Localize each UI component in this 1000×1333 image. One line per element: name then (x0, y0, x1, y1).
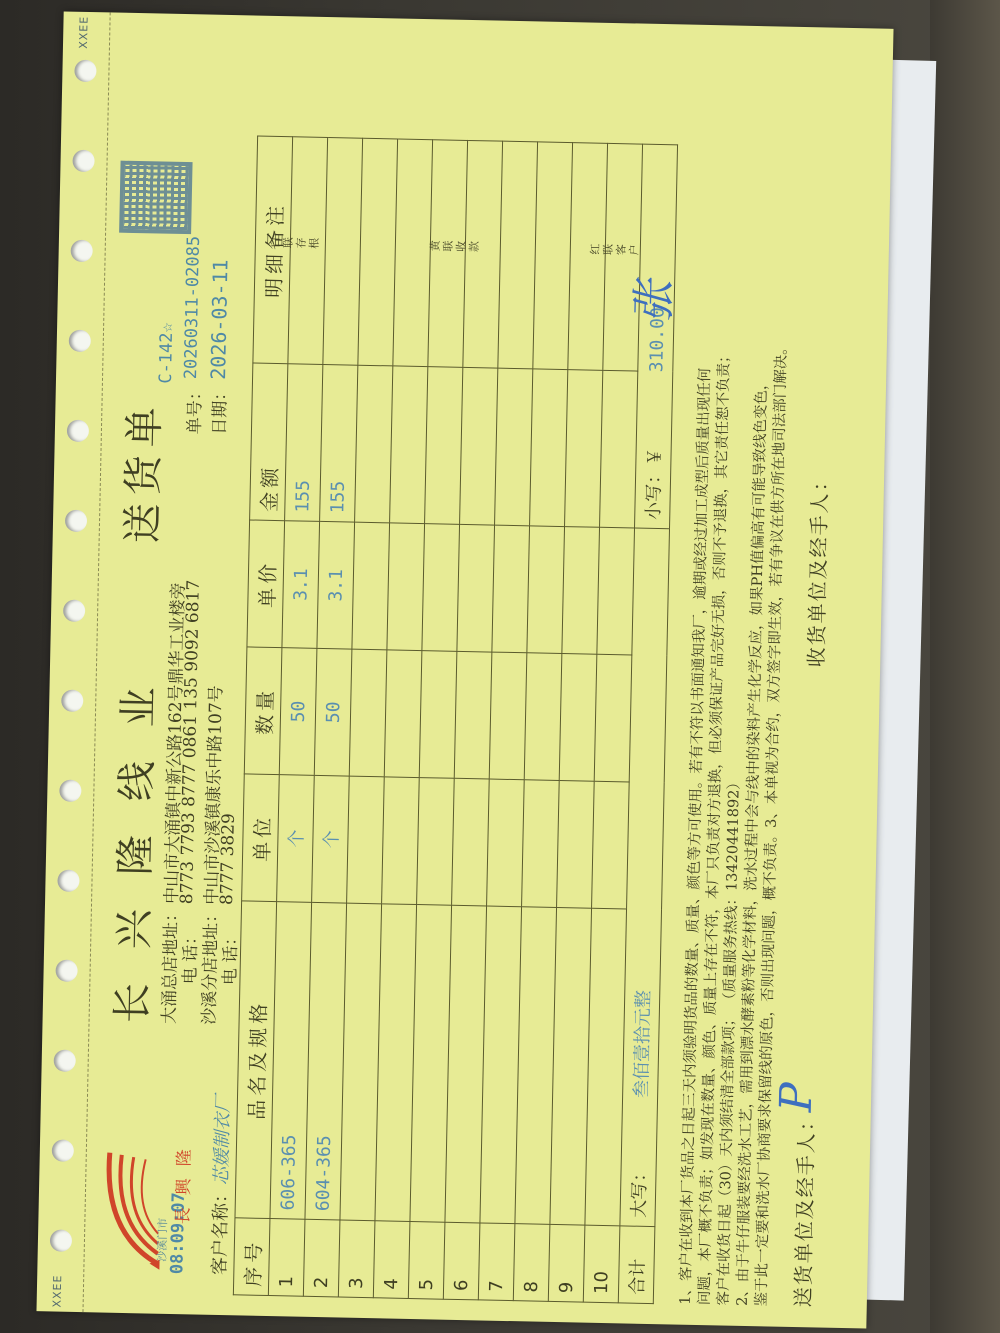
col-seq: 序号 (233, 1218, 270, 1296)
row-unit (557, 780, 595, 908)
row-price (492, 525, 530, 653)
punch-hole (65, 510, 87, 532)
row-note (533, 142, 573, 370)
row-seq: 9 (548, 1224, 585, 1302)
doc-no: 20260311-02085 (181, 236, 204, 380)
edge-code: XXEE (77, 16, 91, 49)
row-qty (594, 654, 632, 782)
row-price (352, 522, 390, 650)
punch-hole (54, 1049, 76, 1071)
total-in-figures: 小写：￥ 310.00 (635, 144, 678, 529)
date-label: 日期： (205, 384, 231, 436)
row-amount (425, 367, 463, 525)
row-unit (522, 780, 560, 908)
row-price (562, 527, 600, 655)
col-unit: 单位 (242, 774, 280, 902)
handwritten-signature: 张 (617, 279, 682, 324)
row-note (288, 137, 328, 365)
row-note (393, 139, 433, 367)
row-seq: 6 (443, 1222, 480, 1300)
row-unit: 个 (312, 775, 350, 903)
doc-no-label: 单号： (180, 383, 206, 435)
row-qty: 50 (279, 648, 317, 776)
punch-hole (67, 420, 89, 442)
row-price: 3.1 (317, 521, 355, 649)
col-amount: 金额 (250, 363, 288, 521)
row-price (387, 523, 425, 651)
background-surface (930, 0, 1000, 1333)
row-note (568, 143, 608, 371)
row-note (603, 143, 643, 371)
row-seq: 3 (338, 1220, 375, 1298)
col-note: 明细备注 (253, 136, 293, 364)
punch-hole (57, 870, 79, 892)
row-amount (565, 370, 603, 528)
punch-hole (70, 240, 92, 262)
words-label: 大写： (629, 1164, 651, 1218)
punch-hole (59, 780, 81, 802)
row-unit (452, 778, 490, 906)
row-seq: 2 (303, 1219, 340, 1297)
punch-hole (52, 1139, 74, 1161)
row-amount: 155 (285, 364, 323, 522)
row-price (597, 527, 635, 655)
row-seq: 5 (408, 1221, 445, 1299)
logo-brand: 長興隆 (168, 1137, 195, 1225)
row-seq: 10 (583, 1225, 620, 1303)
punch-hole (50, 1229, 72, 1251)
row-note (323, 138, 363, 366)
col-qty: 数量 (244, 647, 282, 775)
row-unit (487, 779, 525, 907)
row-qty (349, 649, 387, 777)
receipt-photo: XXEE XXEE (26, 1, 903, 1333)
row-seq: 7 (478, 1223, 515, 1301)
branch-phone: 8777 3829 (217, 813, 239, 905)
row-qty (419, 651, 457, 779)
row-price: 3.1 (282, 521, 320, 649)
row-qty (489, 652, 527, 780)
white-copy-label: 白联存根 (269, 232, 321, 249)
row-unit (347, 776, 385, 904)
row-amount: 155 (320, 364, 358, 522)
row-unit: 个 (277, 775, 315, 903)
figures-label: 小写：￥ (643, 448, 666, 520)
row-note (428, 140, 468, 368)
row-unit (592, 781, 630, 909)
row-qty (524, 653, 562, 781)
punch-hole (69, 330, 91, 352)
document-title: 送货单 (111, 399, 171, 544)
row-seq: 8 (513, 1224, 550, 1302)
date: 2026-03-11 (206, 259, 233, 380)
punch-hole (55, 959, 77, 981)
customer-name: 芯媛制衣厂 (207, 1095, 235, 1186)
row-price (422, 524, 460, 652)
punch-hole (74, 60, 96, 82)
row-amount (460, 367, 498, 525)
yellow-copy-label: 黄联收款 (429, 235, 481, 252)
row-note (358, 138, 398, 366)
punch-hole (63, 600, 85, 622)
row-amount (355, 365, 393, 523)
row-price (457, 524, 495, 652)
row-price (527, 526, 565, 654)
row-seq: 4 (373, 1221, 410, 1299)
row-amount (495, 368, 533, 526)
total-label: 合计 (618, 1226, 655, 1304)
sender-label: 送货单位及经手人： (787, 1109, 820, 1308)
terms-and-conditions: 1、客户在收到本厂货品之日起三天内须验明货品的数量、质量、颜色等方可使用。若有不… (677, 165, 796, 1307)
row-note (498, 141, 538, 369)
words-value: 叁佰壹拾元整 (631, 990, 654, 1098)
branch-phone-label: 电 话： (215, 928, 241, 985)
row-amount (600, 370, 638, 528)
row-qty: 50 (314, 648, 352, 776)
customer-label: 客户名称： (205, 1185, 233, 1276)
sender-signature: P (771, 1082, 823, 1113)
tractor-feed-holes: XXEE XXEE (42, 12, 103, 1312)
delivery-note: XXEE XXEE (36, 11, 893, 1328)
qr-code-icon (119, 161, 192, 234)
receiver-label: 收货单位及经手人： (800, 469, 833, 668)
row-seq: 1 (268, 1219, 305, 1297)
items-table: 序号 品名及规格 单位 数量 单价 金额 明细备注 1 606-365 个 50… (233, 136, 678, 1305)
row-amount (390, 366, 428, 524)
punch-hole (61, 690, 83, 712)
row-qty (454, 651, 492, 779)
col-price: 单价 (247, 520, 285, 648)
row-note (463, 140, 503, 368)
row-unit (417, 778, 455, 906)
punch-hole (72, 150, 94, 172)
row-unit (382, 777, 420, 905)
edge-code: XXEE (51, 1274, 65, 1307)
serial-code: C-142☆ (156, 322, 177, 384)
red-copy-label: 红联客户 (589, 239, 641, 256)
row-qty (559, 654, 597, 782)
row-amount (530, 369, 568, 527)
row-qty (384, 650, 422, 778)
